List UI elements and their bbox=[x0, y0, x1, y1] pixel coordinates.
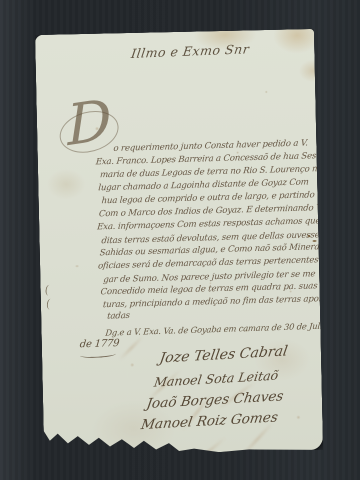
signature: Joaõ Borges Chaves bbox=[145, 388, 284, 412]
salutation-line: Illmo e Exmo Snr bbox=[130, 41, 250, 61]
closing-flourish bbox=[80, 351, 116, 359]
margin-pen-mark bbox=[46, 298, 54, 310]
signature: Manoel Roiz Gomes bbox=[140, 409, 279, 433]
margin-pen-mark bbox=[45, 284, 53, 296]
closing-dateline: Dg.e a V. Exa. Va. de Goyaba em camara d… bbox=[105, 320, 331, 337]
manuscript-page: Illmo e Exmo Snr D o requerimento junto … bbox=[35, 29, 323, 456]
drop-cap-letter: D bbox=[66, 92, 113, 155]
closing-year: de 1779 bbox=[79, 338, 120, 350]
signature: Joze Telles Cabral bbox=[158, 343, 288, 366]
body-line: tadas bbox=[107, 311, 130, 322]
bleed-through-mark bbox=[118, 335, 144, 361]
body-line: turas, principiando a mediçaõ no fim das… bbox=[102, 294, 324, 310]
ink-spot bbox=[307, 235, 310, 237]
signature: Manoel Sota Leitaõ bbox=[153, 368, 279, 390]
